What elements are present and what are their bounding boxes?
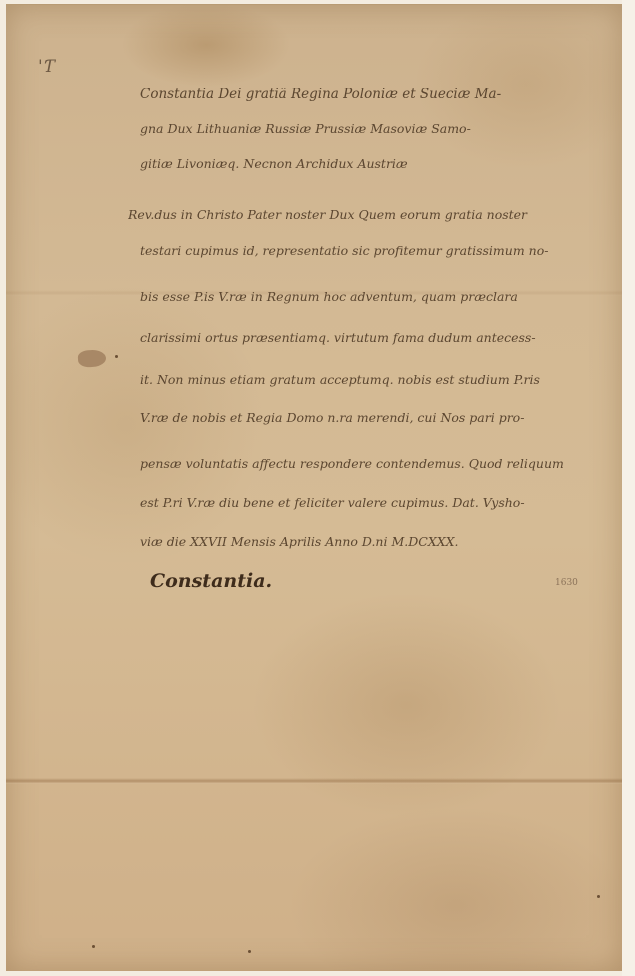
text-line: bis esse P.is V.ræ in Regnum hoc adventu… xyxy=(140,291,600,304)
signature: Constantia. xyxy=(150,570,272,592)
scan-background-edge xyxy=(622,0,635,976)
text-line: Constantia Dei gratiâ Regina Poloniæ et … xyxy=(140,88,600,102)
text-line: viæ die XXVII Mensis Aprilis Anno D.ni M… xyxy=(140,536,600,549)
fold-line-main xyxy=(6,778,622,784)
text-line: V.ræ de nobis et Regia Domo n.ra merendi… xyxy=(140,412,600,425)
year-annotation: 1630 xyxy=(555,578,578,588)
text-line: pensæ voluntatis affectu respondere cont… xyxy=(140,458,600,471)
text-line: gna Dux Lithuaniæ Russiæ Prussiæ Masoviæ… xyxy=(140,123,600,136)
ink-speck xyxy=(115,355,118,358)
text-line: Rev.dus in Christo Pater noster Dux Quem… xyxy=(128,209,588,222)
margin-mark: 'Ƭ xyxy=(38,57,56,77)
text-line: it. Non minus etiam gratum acceptumq. no… xyxy=(140,374,600,387)
parchment-page xyxy=(6,4,622,971)
ink-speck xyxy=(92,945,95,948)
text-line: est P.ri V.ræ diu bene et feliciter vale… xyxy=(140,497,600,510)
ink-speck xyxy=(248,950,251,953)
ink-speck xyxy=(597,895,600,898)
text-line: testari cupimus id, representatio sic pr… xyxy=(140,245,600,258)
text-line: gitiæ Livoniæq. Necnon Archidux Austriæ xyxy=(140,158,600,171)
text-line: clarissimi ortus præsentiamq. virtutum f… xyxy=(140,332,600,345)
